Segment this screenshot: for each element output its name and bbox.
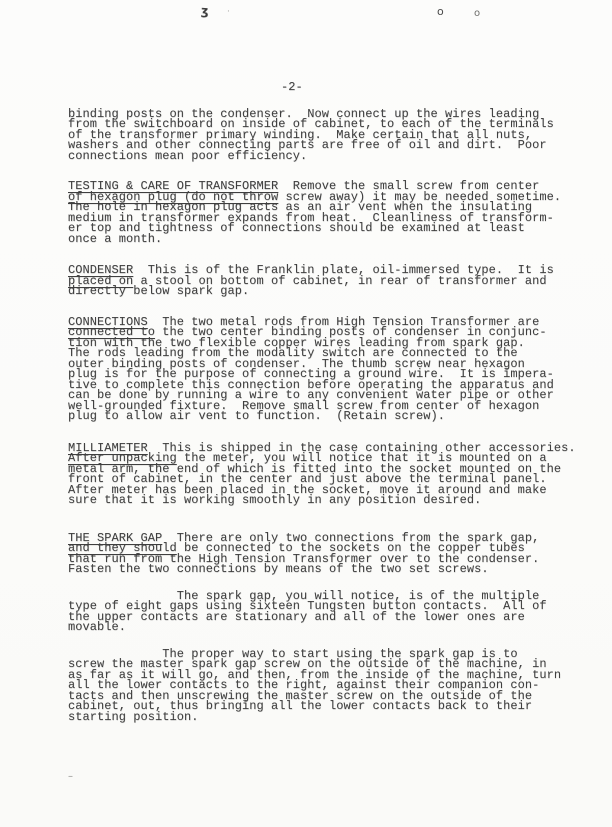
section-connections: CONNECTIONS The two metal rods from High…	[68, 317, 612, 422]
section-condenser: CONDENSER This is of the Franklin plate,…	[68, 265, 612, 297]
scan-smudge-mark: ʒ	[201, 5, 210, 18]
page-number: -2-	[281, 82, 612, 93]
section-milliameter: MILLIAMETER This is shipped in the case …	[68, 443, 612, 506]
paragraph-spark-gap-usage: The proper way to start using the spark …	[68, 649, 612, 723]
section-text: The hole in hexagon plug acts as an air …	[68, 200, 554, 246]
section-testing-care-of-transformer: TESTING & CARE OF TRANSFORMER Remove the…	[68, 181, 612, 244]
scan-dash-mark: –	[68, 772, 73, 782]
section-the-spark-gap: THE SPARK GAP There are only two connect…	[68, 533, 612, 575]
scan-dot-mark: ·	[227, 8, 230, 17]
document-page: ʒ · o o – -2- binding posts on the conde…	[0, 0, 612, 827]
scan-ring-mark: o	[437, 6, 444, 17]
scan-ring-mark: o	[474, 9, 480, 19]
section-text: directly below spark gap.	[68, 284, 249, 298]
section-text: tion with the two flexible copper wires …	[68, 336, 554, 424]
paragraph-intro-wiring: binding posts on the condenser. Now conn…	[68, 109, 612, 162]
paragraph-spark-gap-description: The spark gap, you will notice, is of th…	[68, 591, 612, 633]
section-text: that run from the High Tension Transform…	[68, 552, 539, 577]
section-text: metal arm, the end of which is fitted in…	[68, 462, 561, 508]
